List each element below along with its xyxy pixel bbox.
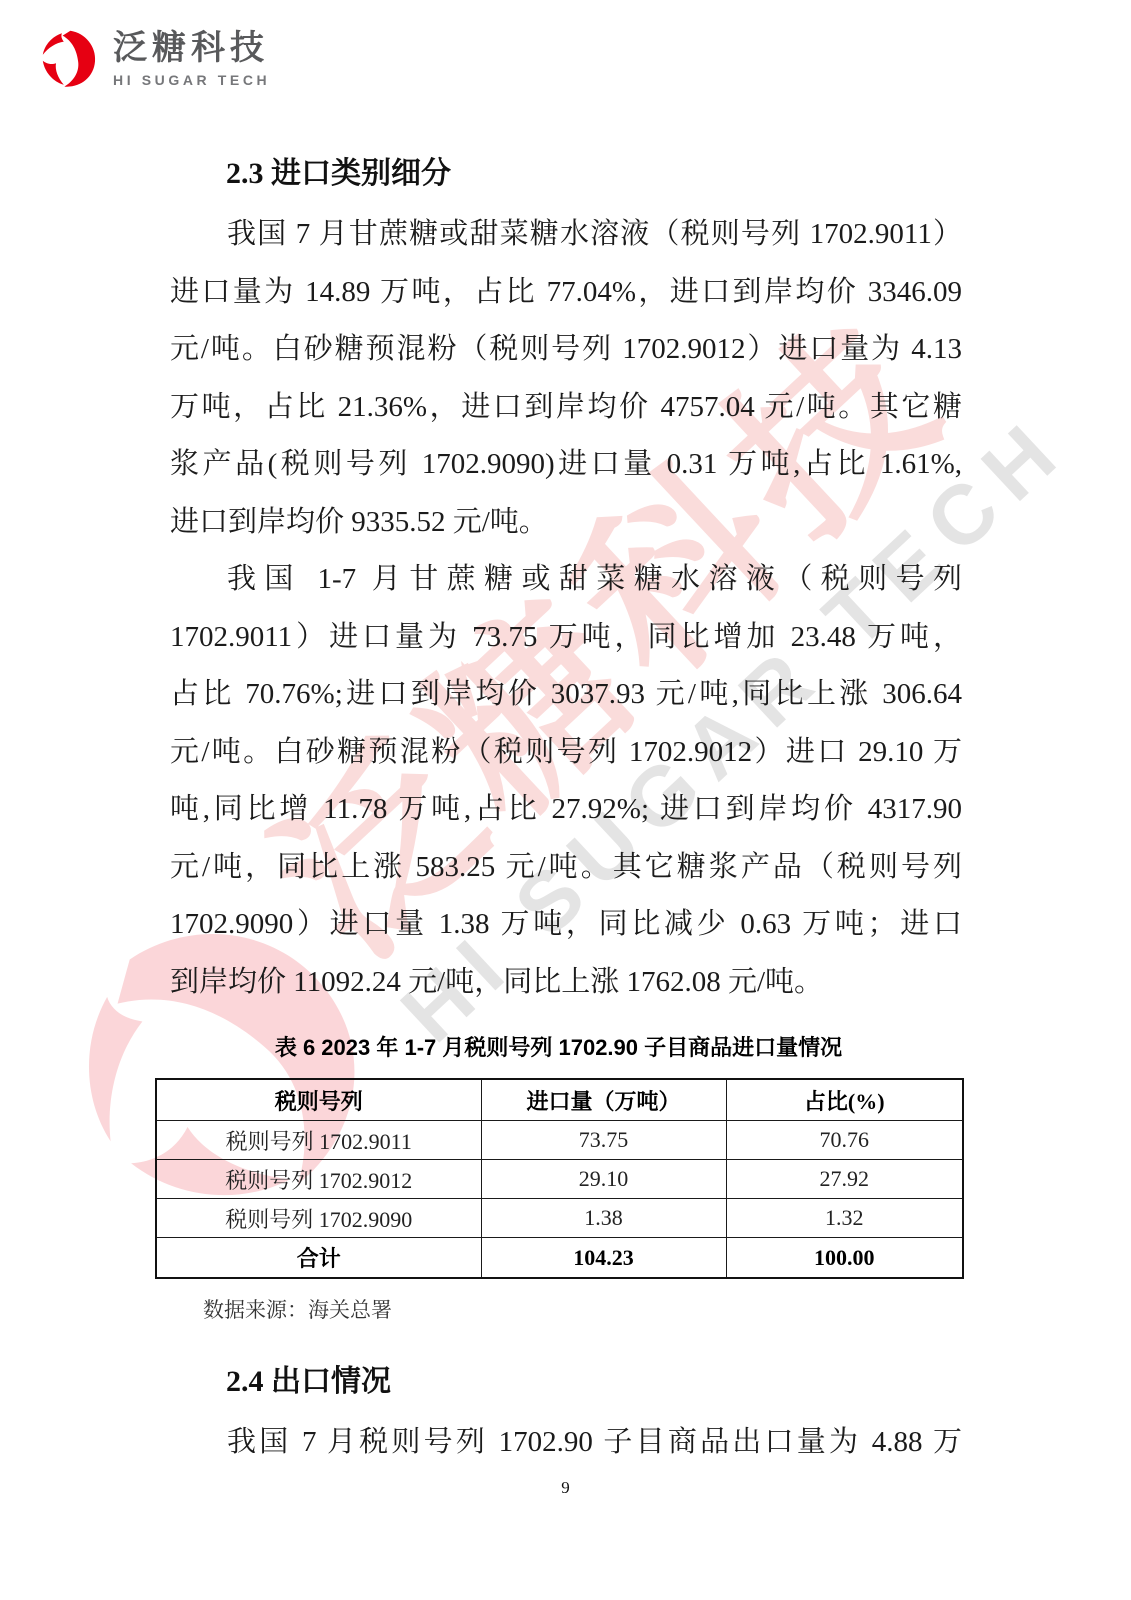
body-line: 元/吨，同比上涨 583.25 元/吨。其它糖浆产品（税则号列	[170, 839, 962, 897]
cell-tariff-code: 税则号列 1702.9011	[156, 1121, 481, 1160]
table-row: 税则号列 1702.9011 73.75 70.76	[156, 1121, 963, 1160]
company-logo: 泛糖科技 HI SUGAR TECH	[38, 26, 270, 92]
body-line: 我国 7 月甘蔗糖或甜菜糖水溶液（税则号列 1702.9011）	[170, 206, 962, 264]
table-header-row: 税则号列 进口量（万吨） 占比(%)	[156, 1079, 963, 1121]
data-source-note: 数据来源：海关总署	[203, 1294, 392, 1324]
cell-share: 70.76	[726, 1121, 963, 1160]
cell-share: 1.32	[726, 1199, 963, 1238]
table-row: 税则号列 1702.9012 29.10 27.92	[156, 1160, 963, 1199]
cell-total-label: 合计	[156, 1238, 481, 1279]
col-header-import-volume: 进口量（万吨）	[481, 1079, 726, 1121]
body-line: 元/吨。白砂糖预混粉（税则号列 1702.9012）进口量为 4.13	[170, 321, 962, 379]
logo-text-block: 泛糖科技 HI SUGAR TECH	[113, 30, 270, 87]
body-line: 万吨，占比 21.36%，进口到岸均价 4757.04 元/吨。其它糖	[170, 379, 962, 437]
cell-total-share: 100.00	[726, 1238, 963, 1279]
body-line: 1702.9090）进口量 1.38 万吨，同比减少 0.63 万吨；进口	[170, 896, 962, 954]
body-line: 进口量为 14.89 万吨，占比 77.04%，进口到岸均价 3346.09	[170, 264, 962, 322]
body-line: 浆产品(税则号列 1702.9090)进口量 0.31 万吨,占比 1.61%,	[170, 436, 962, 494]
body-line: 占比 70.76%;进口到岸均价 3037.93 元/吨,同比上涨 306.64	[170, 666, 962, 724]
table-total-row: 合计 104.23 100.00	[156, 1238, 963, 1279]
col-header-share: 占比(%)	[726, 1079, 963, 1121]
body-line: 进口到岸均价 9335.52 元/吨。	[170, 494, 962, 552]
cell-tariff-code: 税则号列 1702.9012	[156, 1160, 481, 1199]
table-row: 税则号列 1702.9090 1.38 1.32	[156, 1199, 963, 1238]
cell-import-volume: 1.38	[481, 1199, 726, 1238]
col-header-tariff-code: 税则号列	[156, 1079, 481, 1121]
section-heading-2-3: 2.3 进口类别细分	[226, 148, 451, 192]
body-line: 元/吨。白砂糖预混粉（税则号列 1702.9012）进口 29.10 万	[170, 724, 962, 782]
cell-import-volume: 73.75	[481, 1121, 726, 1160]
logo-cn-text: 泛糖科技	[113, 30, 270, 67]
document-page: 泛糖科技 HI SUGAR TECH 泛糖科技 HI SUGAR TECH 2.…	[0, 0, 1131, 1600]
body-line: 我国 7 月税则号列 1702.90 子目商品出口量为 4.88 万	[170, 1414, 962, 1472]
body-line: 吨,同比增 11.78 万吨,占比 27.92%; 进口到岸均价 4317.90	[170, 781, 962, 839]
section-heading-2-4: 2.4 出口情况	[226, 1356, 391, 1400]
logo-en-text: HI SUGAR TECH	[113, 72, 270, 88]
cell-import-volume: 29.10	[481, 1160, 726, 1199]
body-text: 我国 7 月甘蔗糖或甜菜糖水溶液（税则号列 1702.9011） 进口量为 14…	[170, 206, 962, 1011]
cell-tariff-code: 税则号列 1702.9090	[156, 1199, 481, 1238]
hi-sugar-logo-icon	[38, 26, 98, 92]
body-line: 1702.9011）进口量为 73.75 万吨，同比增加 23.48 万吨，	[170, 609, 962, 667]
body-text: 我国 7 月税则号列 1702.90 子目商品出口量为 4.88 万	[170, 1414, 962, 1472]
page-number: 9	[0, 1478, 1131, 1498]
import-volume-table: 税则号列 进口量（万吨） 占比(%) 税则号列 1702.9011 73.75 …	[155, 1078, 964, 1279]
cell-total-import-volume: 104.23	[481, 1238, 726, 1279]
body-line: 我国 1-7 月甘蔗糖或甜菜糖水溶液（税则号列	[170, 551, 962, 609]
cell-share: 27.92	[726, 1160, 963, 1199]
body-line: 到岸均价 11092.24 元/吨，同比上涨 1762.08 元/吨。	[170, 954, 962, 1012]
table-caption: 表 6 2023 年 1-7 月税则号列 1702.90 子目商品进口量情况	[155, 1031, 962, 1062]
